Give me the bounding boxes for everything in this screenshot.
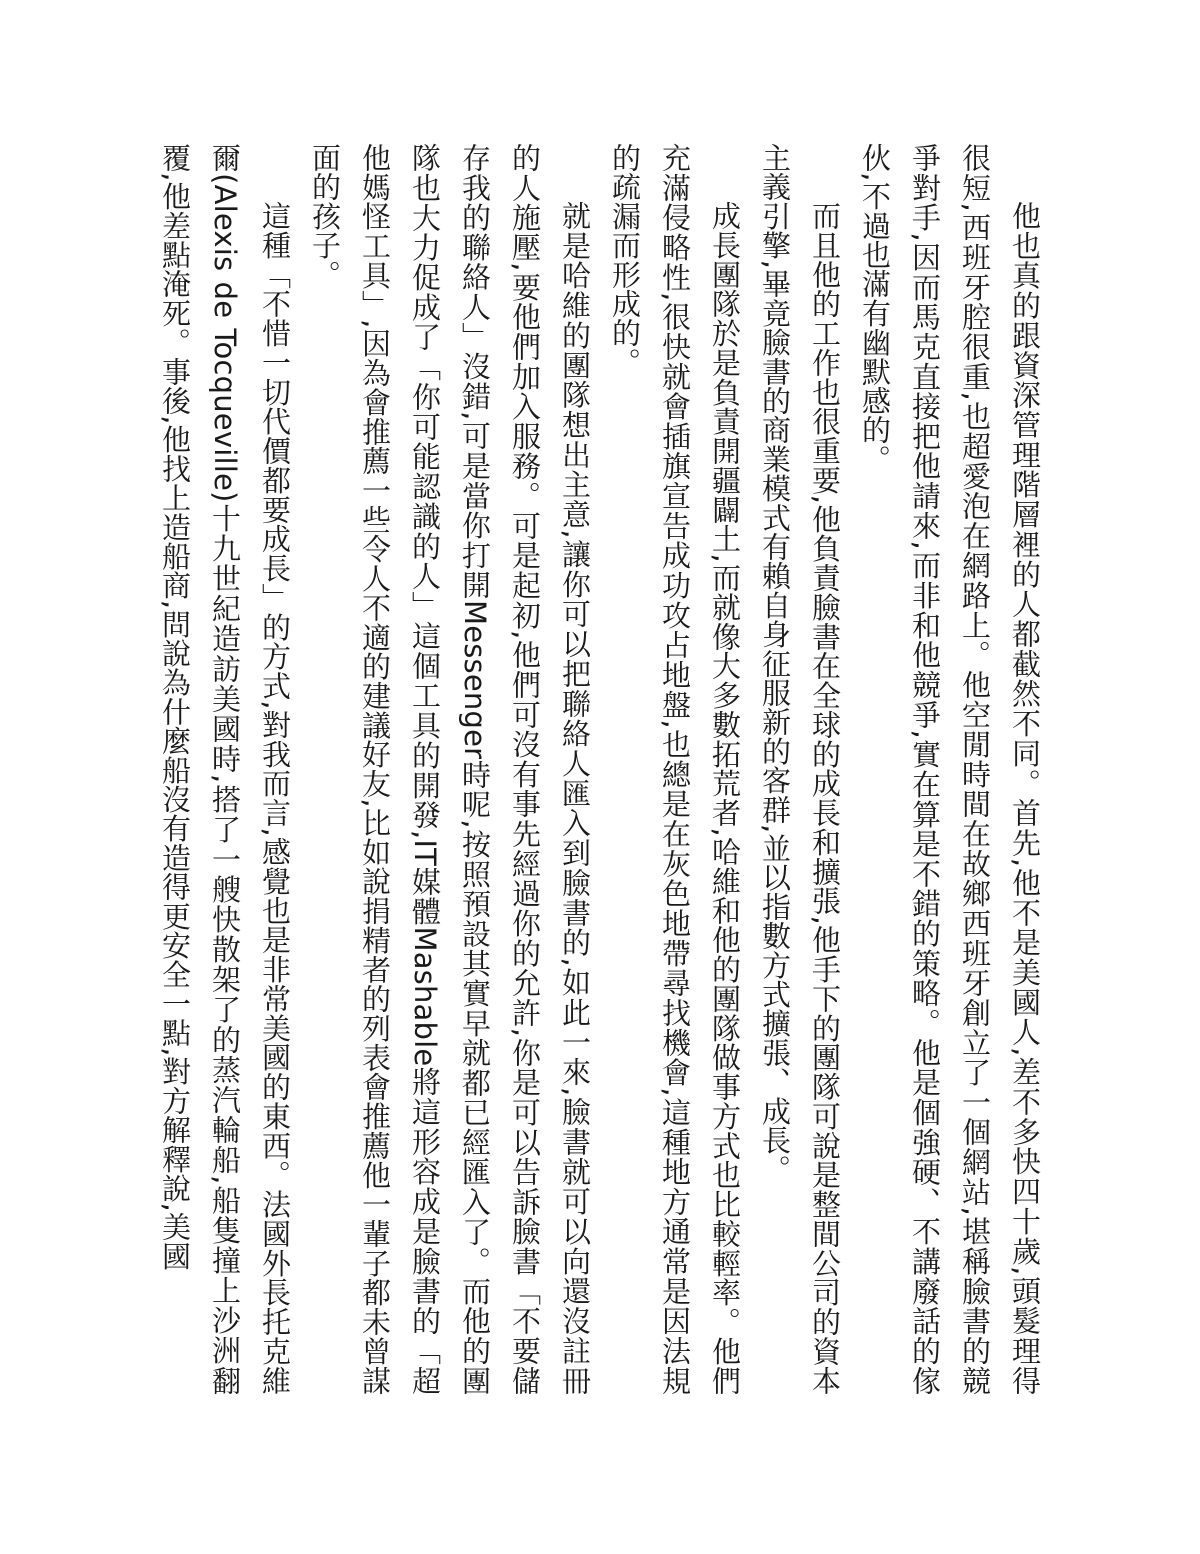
book-page: 他也真的跟資深管理階層裡的人都截然不同。首先,他不是美國人,差不多快四十歲,頭髮… [0,0,1200,1554]
paragraph-2: 而且他的工作也很重要,他負責臉書在全球的成長和擴張,他手下的團隊可說是整間公司的… [750,143,850,1395]
paragraph-3: 成長團隊於是負責開疆闢土,而就像大多數拓荒者,哈維和他的團隊做事方式也比較輕率。… [600,143,750,1395]
vertical-text-block: 他也真的跟資深管理階層裡的人都截然不同。首先,他不是美國人,差不多快四十歲,頭髮… [150,143,1050,1395]
paragraph-1: 他也真的跟資深管理階層裡的人都截然不同。首先,他不是美國人,差不多快四十歲,頭髮… [850,143,1050,1395]
paragraph-5: 這種「不惜一切代價都要成長」的方式,對我而言,感覺也是非常美國的東西。法國外長托… [150,143,300,1395]
paragraph-4: 就是哈維的團隊想出主意,讓你可以把聯絡人匯入到臉書的,如此一來,臉書就可以向還沒… [300,143,600,1395]
